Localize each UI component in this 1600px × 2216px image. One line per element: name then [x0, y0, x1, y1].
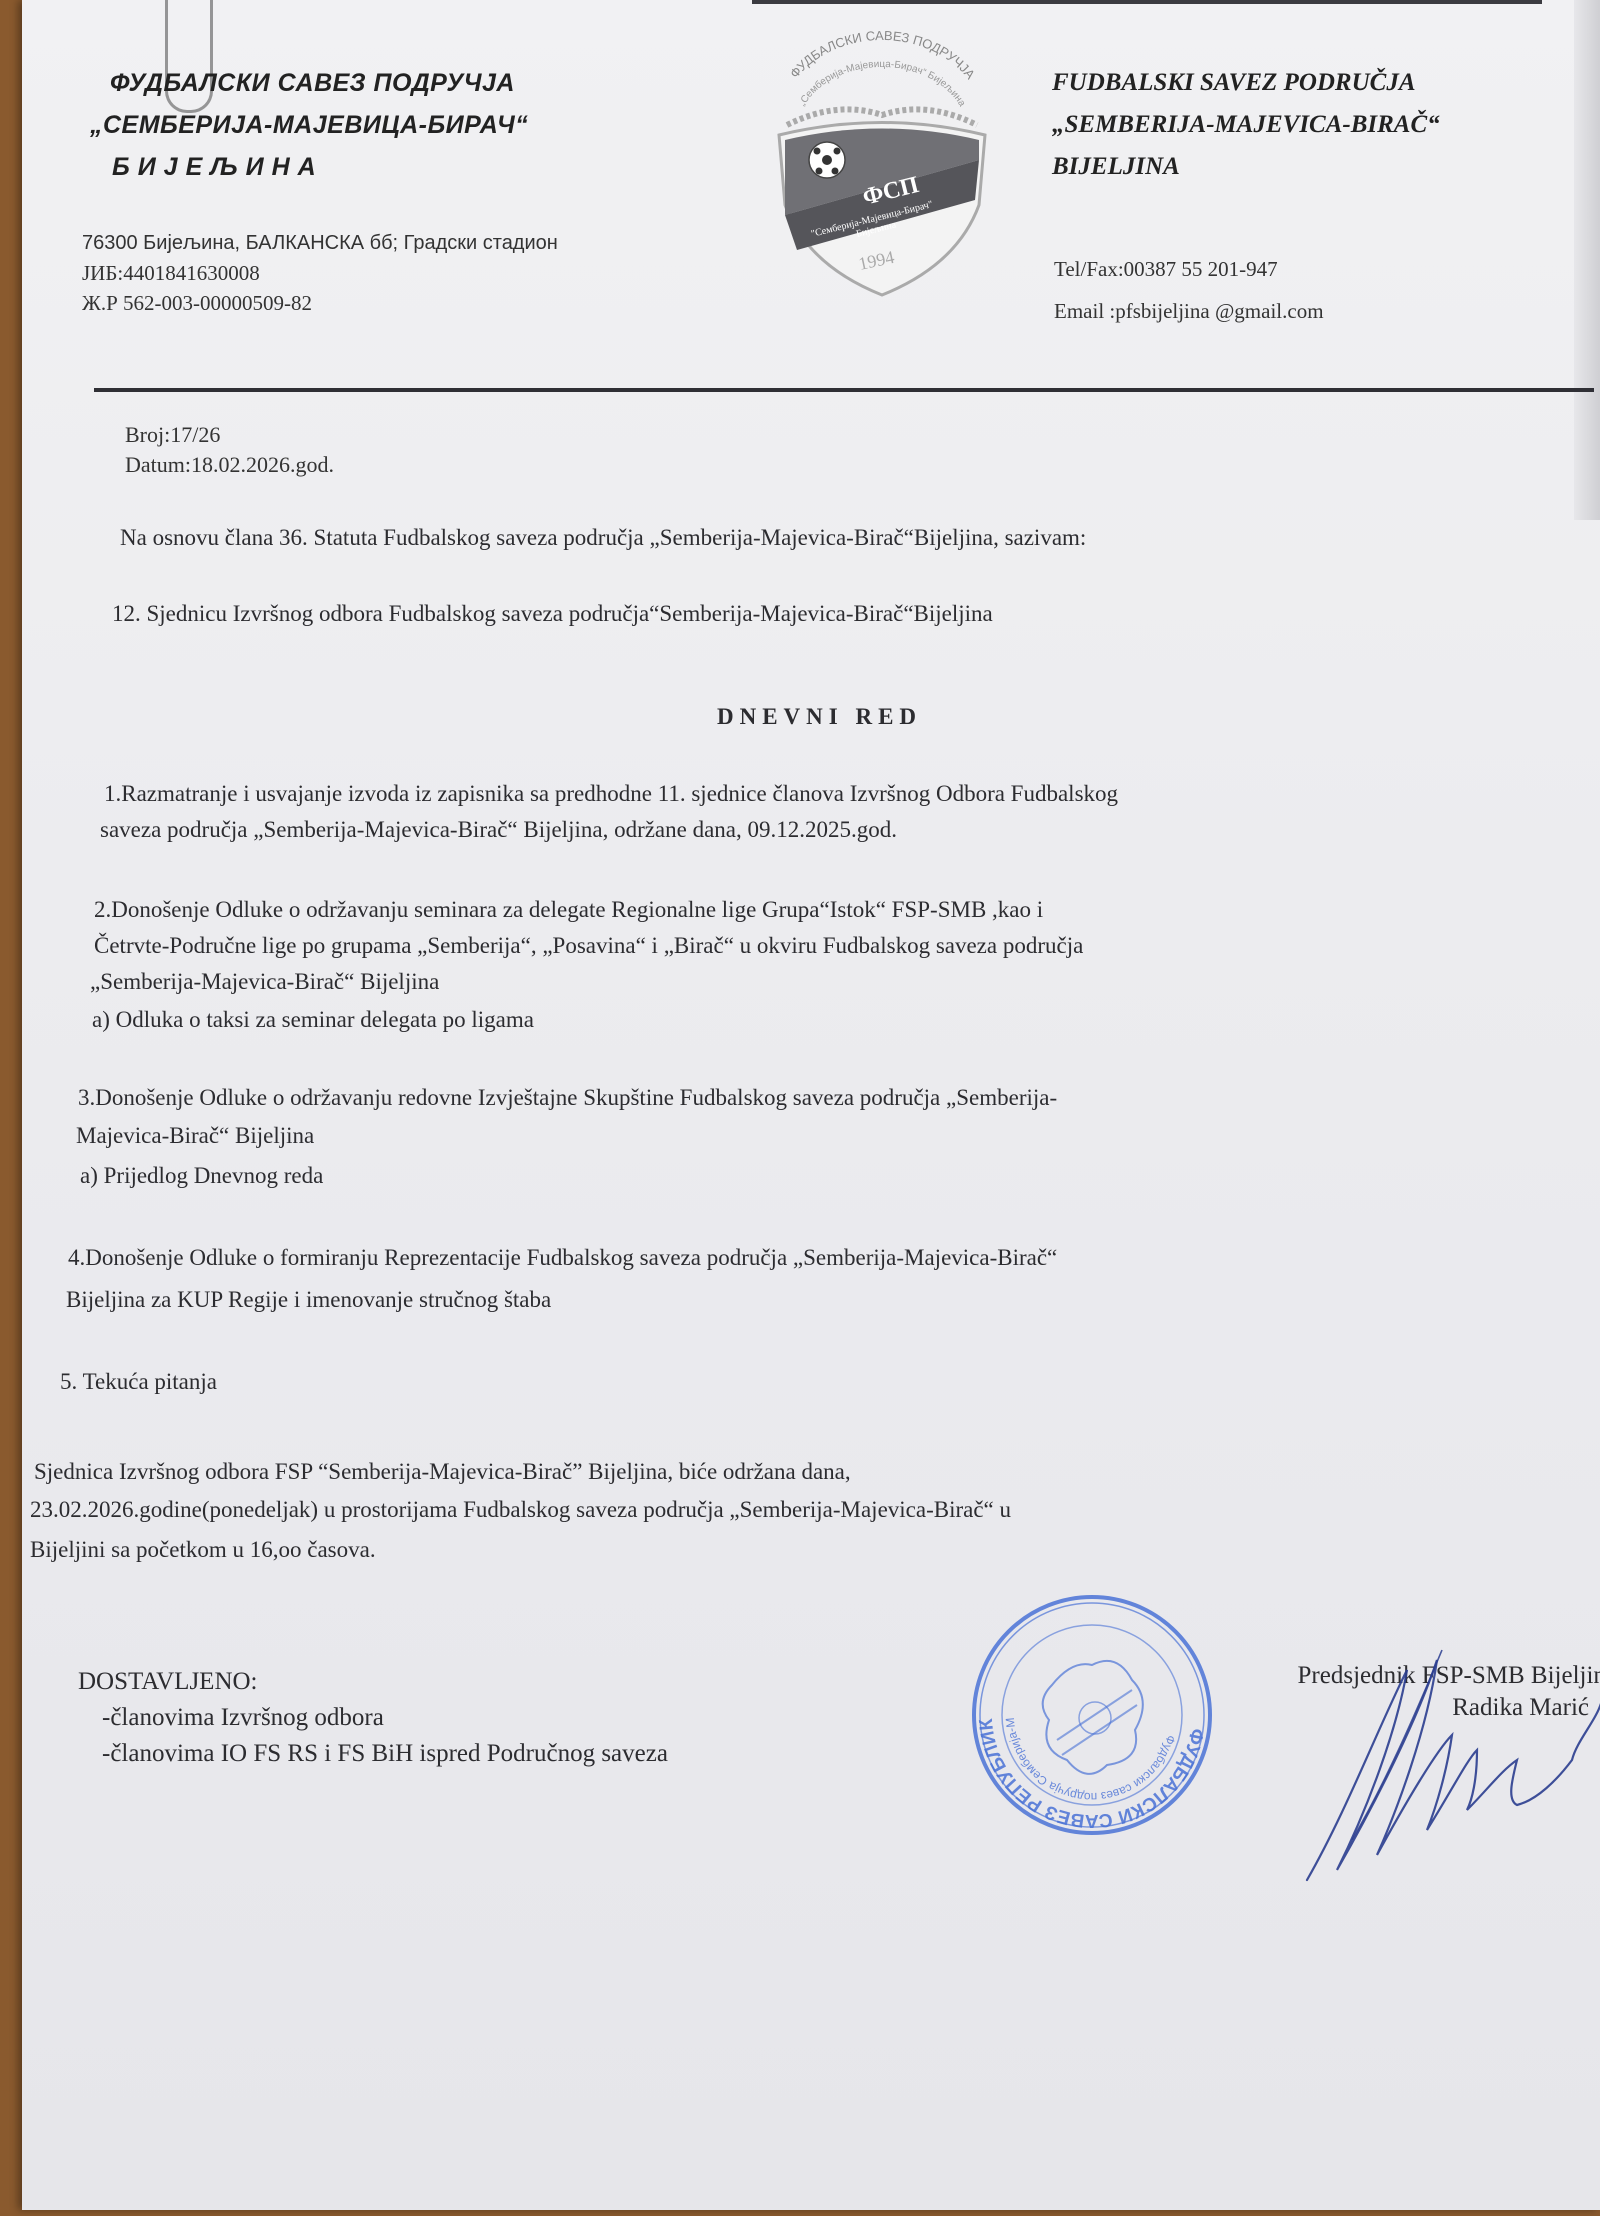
agenda-item-3-line1: 3.Donošenje Odluke o održavanju redovne …: [78, 1082, 1057, 1114]
letterhead-cyrillic-line1: ФУДБАЛСКИ САВЕЗ ПОДРУЧЈА: [90, 62, 528, 104]
svg-text:Фудбалски савез подручја Сембе: Фудбалски савез подручја Семберија-Мајев…: [967, 1590, 1178, 1804]
email-line: Email :pfsbijeljina @gmail.com: [1054, 290, 1324, 332]
agenda-item-4-line1: 4.Donošenje Odluke o formiranju Reprezen…: [68, 1242, 1057, 1274]
address-line: 76300 Бијељина, БАЛКАНСКА бб; Градски ст…: [82, 228, 558, 258]
svg-text:ФУДБАЛСКИ САВЕЗ ПОДРУЧЈА: ФУДБАЛСКИ САВЕЗ ПОДРУЧЈА: [787, 28, 978, 82]
agenda-item-1-line1: 1.Razmatranje i usvajanje izvoda iz zapi…: [104, 778, 1118, 810]
top-edge-line: [752, 0, 1542, 4]
notice-line2: 23.02.2026.godine(ponedeljak) u prostori…: [30, 1494, 1011, 1526]
notice-line3: Bijeljini sa početkom u 16,oo časova.: [30, 1534, 376, 1566]
notice-line1: Sjednica Izvršnog odbora FSP “Semberija-…: [34, 1456, 851, 1488]
agenda-item-2-line2: Četrvte-Područne lige po grupama „Sember…: [94, 930, 1083, 962]
paper-edge: [1574, 0, 1600, 520]
header-divider: [94, 388, 1594, 392]
handwritten-signature-icon: [1277, 1640, 1600, 1890]
agenda-title: DNEVNI RED: [717, 704, 922, 730]
phone-line: Tel/Fax:00387 55 201-947: [1054, 248, 1324, 290]
agenda-item-3a: a) Prijedlog Dnevnog reda: [80, 1160, 323, 1192]
agenda-item-3-line2: Majevica-Birač“ Bijeljina: [76, 1120, 314, 1152]
jib-line: ЈИБ:4401841630008: [82, 258, 558, 288]
contact-block: Tel/Fax:00387 55 201-947 Email :pfsbijel…: [1054, 248, 1324, 332]
session-heading: 12. Sjednicu Izvršnog odbora Fudbalskog …: [112, 598, 993, 630]
document-page: ФУДБАЛСКИ САВЕЗ ПОДРУЧЈА „СЕМБЕРИЈА-МАЈЕ…: [22, 0, 1600, 2210]
agenda-item-4-line2: Bijeljina za KUP Regije i imenovanje str…: [66, 1284, 551, 1316]
agenda-item-2a: a) Odluka o taksi za seminar delegata po…: [92, 1004, 534, 1036]
agenda-item-2-line1: 2.Donošenje Odluke o održavanju seminara…: [94, 894, 1043, 926]
distribution-label: DOSTAVLJENO:: [78, 1664, 668, 1700]
letterhead-latin: FUDBALSKI SAVEZ PODRUČJA „SEMBERIJA-MAJE…: [1052, 62, 1440, 188]
distribution-item-2: -članovima IO FS RS i FS BiH ispred Podr…: [78, 1736, 668, 1772]
letterhead-latin-line1: FUDBALSKI SAVEZ PODRUČJA: [1052, 62, 1440, 104]
agenda-item-1-line2: saveza područja „Semberija-Majevica-Bira…: [100, 814, 897, 846]
letterhead-cyrillic-city: БИЈЕЉИНА: [90, 146, 528, 188]
letterhead-latin-line2: „SEMBERIJA-MAJEVICA-BIRAČ“: [1052, 104, 1440, 146]
distribution-item-1: -članovima Izvršnog odbora: [78, 1700, 668, 1736]
letterhead-cyrillic-line2: „СЕМБЕРИЈА-МАЈЕВИЦА-БИРАЧ“: [90, 104, 528, 146]
agenda-item-5: 5. Tekuća pitanja: [60, 1366, 217, 1398]
intro-paragraph: Na osnovu člana 36. Statuta Fudbalskog s…: [120, 522, 1086, 554]
letterhead-cyrillic: ФУДБАЛСКИ САВЕЗ ПОДРУЧЈА „СЕМБЕРИЈА-МАЈЕ…: [90, 62, 528, 188]
letterhead-latin-city: BIJELJINA: [1052, 146, 1440, 188]
agenda-item-2-line3: „Semberija-Majevica-Birač“ Bijeljina: [90, 966, 439, 998]
letterhead-address-block: 76300 Бијељина, БАЛКАНСКА бб; Градски ст…: [82, 228, 558, 318]
football-federation-shield-logo-icon: ФУДБАЛСКИ САВЕЗ ПОДРУЧЈА „Семберија-Маје…: [757, 25, 1007, 300]
svg-text:„Семберија-Мајевица-Бирач“ Биј: „Семберија-Мајевица-Бирач“ Бијељина: [797, 59, 968, 109]
document-number: Broj:17/26: [125, 420, 334, 450]
account-line: Ж.Р 562-003-00000509-82: [82, 288, 558, 318]
document-meta: Broj:17/26 Datum:18.02.2026.god.: [125, 420, 334, 480]
distribution-block: DOSTAVLJENO: -članovima Izvršnog odbora …: [78, 1664, 668, 1772]
document-date: Datum:18.02.2026.god.: [125, 450, 334, 480]
